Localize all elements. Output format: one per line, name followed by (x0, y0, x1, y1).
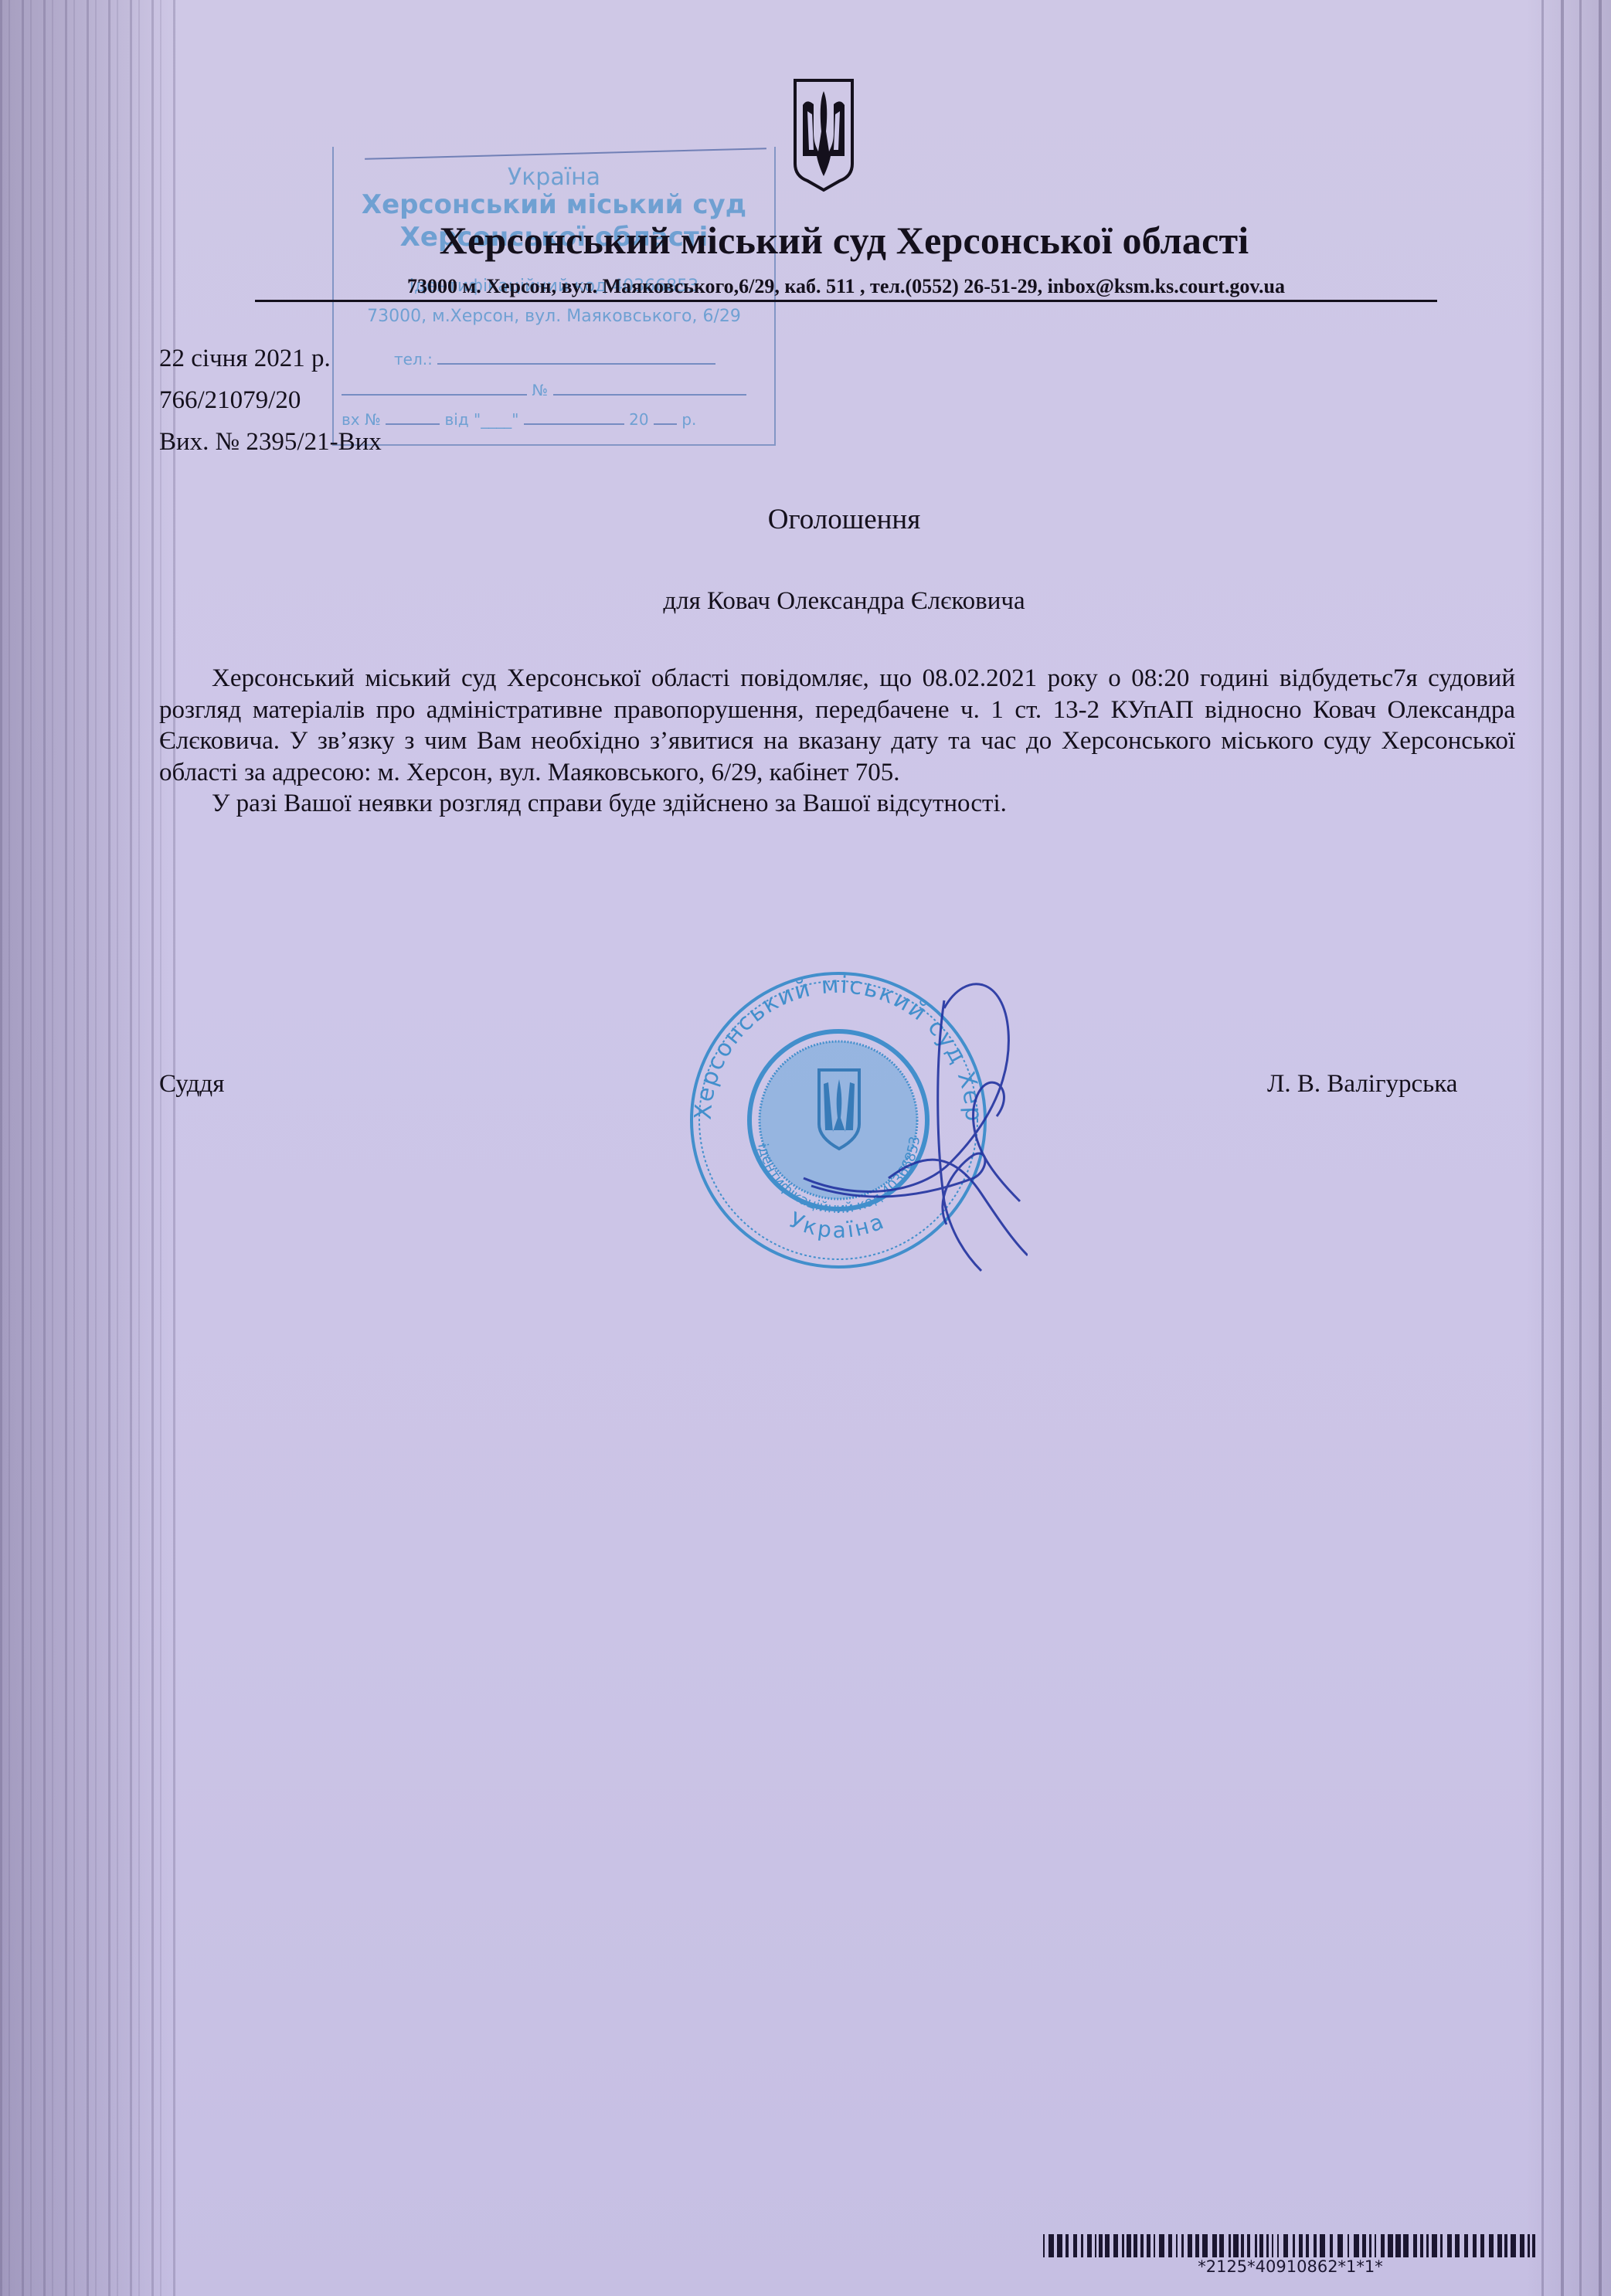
barcode-bar (1395, 2234, 1401, 2257)
barcode-bar (1087, 2234, 1093, 2257)
barcode-bar (1113, 2234, 1118, 2257)
barcode-bar (1283, 2234, 1288, 2257)
barcode-bar (1043, 2234, 1045, 2257)
barcode-bar (1426, 2234, 1429, 2257)
barcode-bar (1154, 2234, 1155, 2257)
stamp-number-field: № (342, 380, 746, 399)
document-title: Оголошення (0, 503, 1611, 536)
stamp-incoming-label: вх № (342, 410, 381, 429)
stamp-year-suffix: р. (681, 410, 696, 429)
barcode-bar (1057, 2234, 1062, 2257)
barcode-bar (1105, 2234, 1110, 2257)
barcode-bar (1511, 2234, 1516, 2257)
barcode-bar (1188, 2234, 1192, 2257)
stamp-number-label: № (532, 381, 548, 399)
barcode-bar (1147, 2234, 1150, 2257)
barcode-bar (1259, 2234, 1263, 2257)
barcode-text: *2125*40910862*1*1* (1043, 2257, 1538, 2276)
barcode-bar (1420, 2234, 1423, 2257)
stamp-incoming-line (386, 409, 440, 425)
barcode-bar (1127, 2234, 1131, 2257)
barcode-bar (1219, 2234, 1224, 2257)
barcode-bar (1293, 2234, 1295, 2257)
barcode-bar (1528, 2234, 1530, 2257)
barcode-bar (1140, 2234, 1144, 2257)
barcode-bar (1306, 2234, 1309, 2257)
barcode-bar (1176, 2234, 1178, 2257)
barcode-bar (1095, 2234, 1096, 2257)
barcode-bar (1159, 2234, 1164, 2257)
barcode-bar (1489, 2234, 1494, 2257)
stamp-court-name: Херсонський міський суд (334, 189, 774, 220)
barcode-bar (1532, 2234, 1535, 2257)
judge-name: Л. В. Валігурська (1267, 1070, 1457, 1099)
stamp-address: 73000, м.Херсон, вул. Маяковського, 6/29 (334, 307, 774, 326)
barcode-bar (1073, 2234, 1077, 2257)
barcode-bar (1348, 2234, 1349, 2257)
barcode-bar (1497, 2234, 1502, 2257)
stamp-number-line-a (342, 380, 527, 396)
barcode-bar (1181, 2234, 1184, 2257)
trident-coat-of-arms-icon (792, 77, 855, 193)
document-date: 22 січня 2021 р. (159, 346, 331, 372)
recipient-line: для Ковач Олександра Єлєковича (0, 587, 1611, 616)
stamp-phone-label: тел.: (394, 350, 433, 369)
barcode-bar (1375, 2234, 1376, 2257)
barcode-bar (1464, 2234, 1468, 2257)
stamp-phone-field: тел.: (394, 349, 715, 369)
barcode-bar (1455, 2234, 1460, 2257)
barcode-bar (1202, 2234, 1208, 2257)
stamp-country: Україна (334, 164, 774, 191)
barcode-bar (1520, 2234, 1524, 2257)
barcode-bar (1241, 2234, 1244, 2257)
barcode-bar (1369, 2234, 1371, 2257)
barcode-bar (1362, 2234, 1366, 2257)
barcode-bar (1133, 2234, 1137, 2257)
barcode-bar (1388, 2234, 1393, 2257)
stamp-year-label: 20 (629, 410, 648, 429)
barcode-bar (1413, 2234, 1417, 2257)
barcode-bar (1277, 2234, 1280, 2257)
barcode-bar (1099, 2234, 1103, 2257)
barcode-bar (1081, 2234, 1083, 2257)
stamp-phone-line (437, 349, 715, 365)
barcode-bar (1440, 2234, 1443, 2257)
outgoing-number: Вих. № 2395/21-Вих (159, 430, 382, 455)
signature-label: Суддя (159, 1070, 224, 1099)
barcode-bar (1049, 2234, 1054, 2257)
barcode-bar (1229, 2234, 1231, 2257)
barcode-bar (1195, 2234, 1199, 2257)
barcode-bar (1473, 2234, 1477, 2257)
barcode-bar (1314, 2234, 1317, 2257)
barcode-bar (1432, 2234, 1437, 2257)
stamp-top-rule (365, 148, 766, 160)
case-number: 766/21079/20 (159, 388, 301, 413)
barcode-bar (1381, 2234, 1385, 2257)
barcode-bar (1266, 2234, 1269, 2257)
barcode-bar (1212, 2234, 1217, 2257)
court-address-line: 73000 м. Херсон, вул. Маяковського,6/29,… (255, 275, 1437, 302)
stamp-date-label: від "____" (445, 410, 519, 429)
barcode-bar (1168, 2234, 1172, 2257)
barcode-bar (1330, 2234, 1333, 2257)
barcode-bar (1247, 2234, 1250, 2257)
stamp-date-field: вх № від "____" 20 р. (342, 409, 696, 429)
stamp-number-line-b (553, 380, 746, 396)
notice-body: Херсонський міський суд Херсонської обла… (159, 663, 1515, 820)
barcode-bar (1272, 2234, 1273, 2257)
barcode-bar (1320, 2234, 1325, 2257)
barcode-bar (1066, 2234, 1069, 2257)
barcode-bar (1447, 2234, 1452, 2257)
stamp-month-line (524, 409, 624, 425)
court-name-heading: Херсонський міський суд Херсонської обла… (0, 218, 1611, 263)
barcode-bar (1354, 2234, 1359, 2257)
barcode-bar (1233, 2234, 1239, 2257)
notice-paragraph: Херсонський міський суд Херсонської обла… (159, 663, 1515, 788)
barcode-bar (1403, 2234, 1409, 2257)
notice-paragraph: У разі Вашої неявки розгляд справи буде … (159, 788, 1515, 820)
barcode (1043, 2234, 1538, 2257)
barcode-bar (1255, 2234, 1257, 2257)
barcode-bar (1337, 2234, 1343, 2257)
stamp-year-line (654, 409, 677, 425)
barcode-bar (1504, 2234, 1507, 2257)
scan-artifact-right (1526, 0, 1611, 2296)
barcode-bar (1122, 2234, 1124, 2257)
barcode-bar (1480, 2234, 1484, 2257)
scan-artifact-left (0, 0, 178, 2296)
court-seal: Херсонський міський суд Херсонської обла… (657, 946, 1028, 1279)
barcode-bar (1299, 2234, 1303, 2257)
